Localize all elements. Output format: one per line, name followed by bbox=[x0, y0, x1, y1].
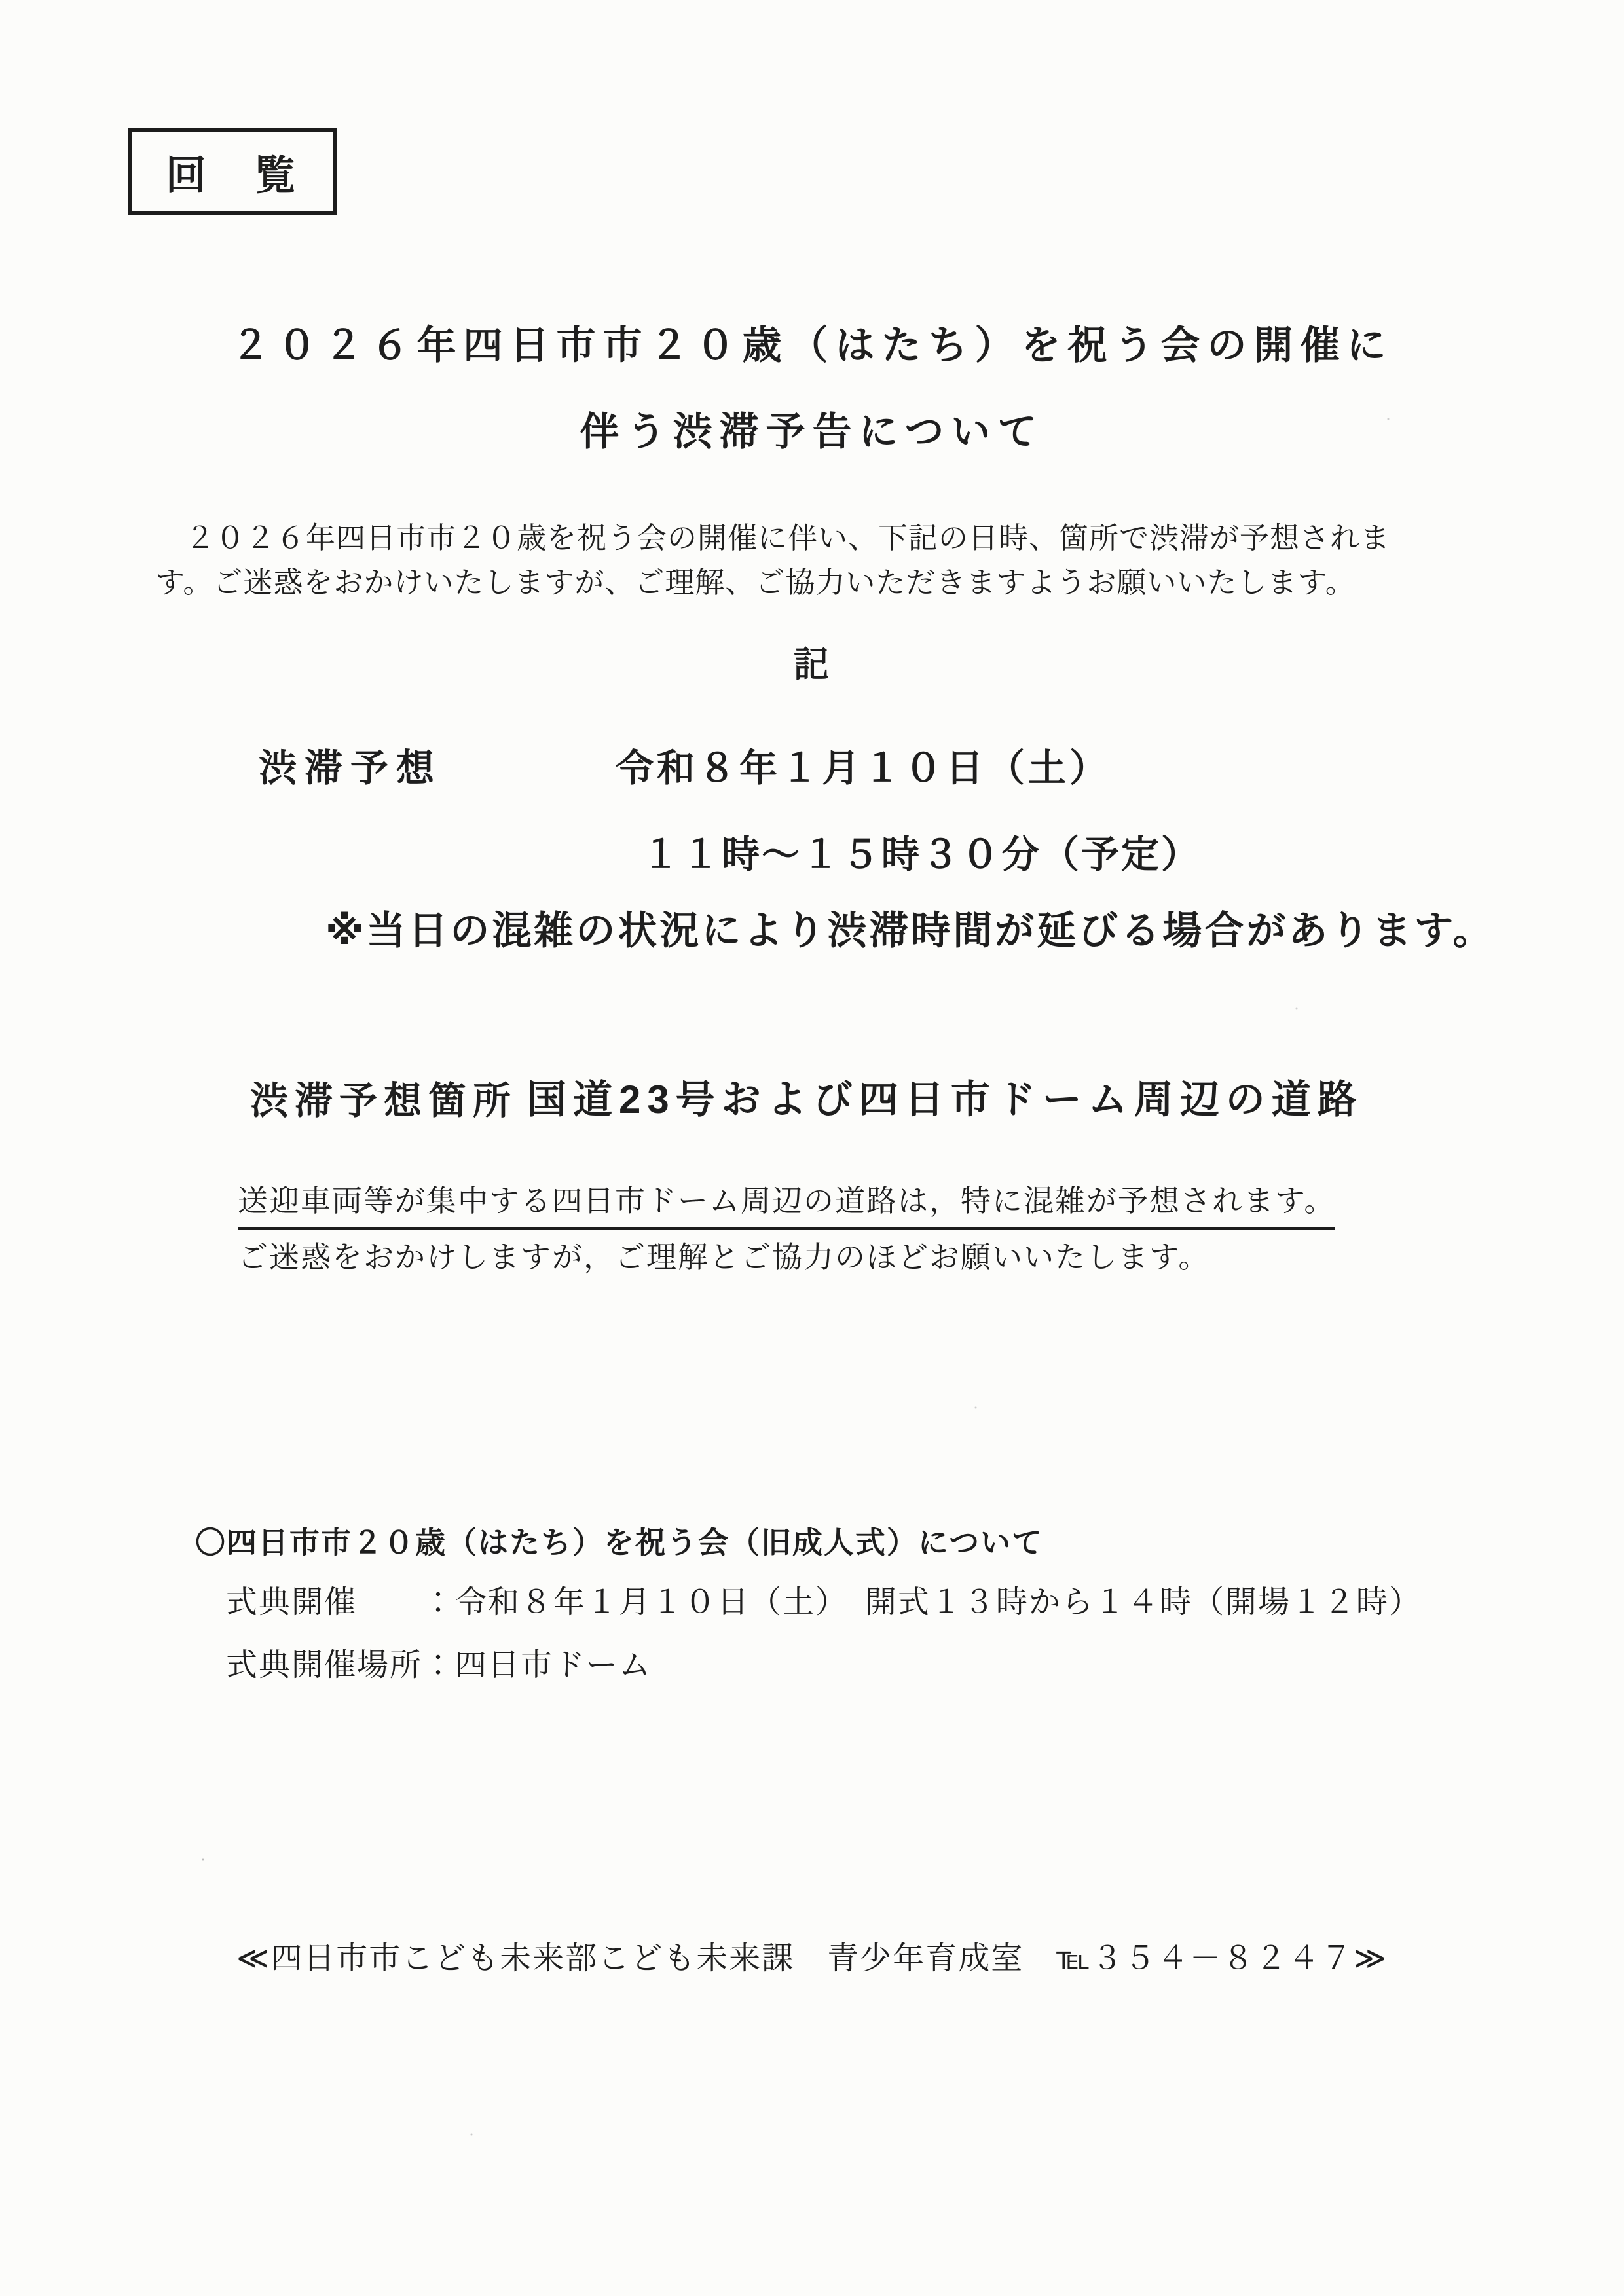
ceremony-schedule-label: 式典開催 bbox=[226, 1576, 422, 1622]
contact-footer: ≪四日市市こども未来部こども未来課 青少年育成室 ℡３５４－８２４７≫ bbox=[0, 1933, 1624, 1978]
circulation-stamp-text: 回 覧 bbox=[166, 143, 299, 201]
record-marker: 記 bbox=[0, 636, 1624, 687]
ceremony-schedule-row: 式典開催：令和８年１月１０日（土） 開式１３時から１４時（開場１２時） bbox=[226, 1576, 1422, 1622]
intro-line1: ２０２６年四日市市２０歳を祝う会の開催に伴い、下記の日時、箇所で渋滞が予想されま bbox=[155, 516, 1491, 560]
ceremony-section-heading: 〇四日市市２０歳（はたち）を祝う会（旧成人式）について bbox=[195, 1519, 1043, 1562]
congestion-area-label: 渋滞予想箇所 bbox=[250, 1070, 517, 1125]
congestion-forecast-label: 渋滞予想 bbox=[259, 737, 442, 792]
ceremony-venue-row: 式典開催場所：四日市ドーム bbox=[226, 1639, 652, 1685]
scanned-notice-page: 回 覧 ２０２６年四日市市２０歳（はたち）を祝う会の開催に 伴う渋滞予告について… bbox=[0, 0, 1624, 2296]
area-detail-line2: ご迷惑をおかけしますが，ご理解とご協力のほどお願いいたします。 bbox=[238, 1235, 1335, 1279]
document-title-line1: ２０２６年四日市市２０歳（はたち）を祝う会の開催に bbox=[0, 314, 1624, 371]
ceremony-venue-label: 式典開催場所 bbox=[226, 1639, 422, 1685]
congestion-area-value: 国道23号および四日市ドーム周辺の道路 bbox=[527, 1068, 1363, 1125]
congestion-forecast-note: ※当日の混雑の状況により渋滞時間が延びる場合があります。 bbox=[325, 900, 1495, 956]
area-detail-underlined-line: 送迎車両等が集中する四日市ドーム周辺の道路は，特に混雑が予想されます。 bbox=[238, 1178, 1335, 1230]
congestion-area-details: 送迎車両等が集中する四日市ドーム周辺の道路は，特に混雑が予想されます。 ご迷惑を… bbox=[238, 1178, 1335, 1279]
congestion-forecast-time: １１時～１５時３０分（予定） bbox=[642, 824, 1201, 879]
ceremony-schedule-value: ：令和８年１月１０日（土） 開式１３時から１４時（開場１２時） bbox=[422, 1585, 1422, 1620]
intro-paragraph: ２０２６年四日市市２０歳を祝う会の開催に伴い、下記の日時、箇所で渋滞が予想されま… bbox=[155, 516, 1491, 605]
congestion-forecast-date: 令和８年１月１０日（土） bbox=[616, 737, 1111, 792]
intro-line2: す。ご迷惑をおかけいたしますが、ご理解、ご協力いただきますようお願いいたします。 bbox=[155, 560, 1491, 605]
document-title-line2: 伴う渋滞予告について bbox=[0, 401, 1624, 457]
circulation-stamp-box: 回 覧 bbox=[128, 128, 337, 215]
ceremony-venue-value: ：四日市ドーム bbox=[422, 1648, 652, 1683]
